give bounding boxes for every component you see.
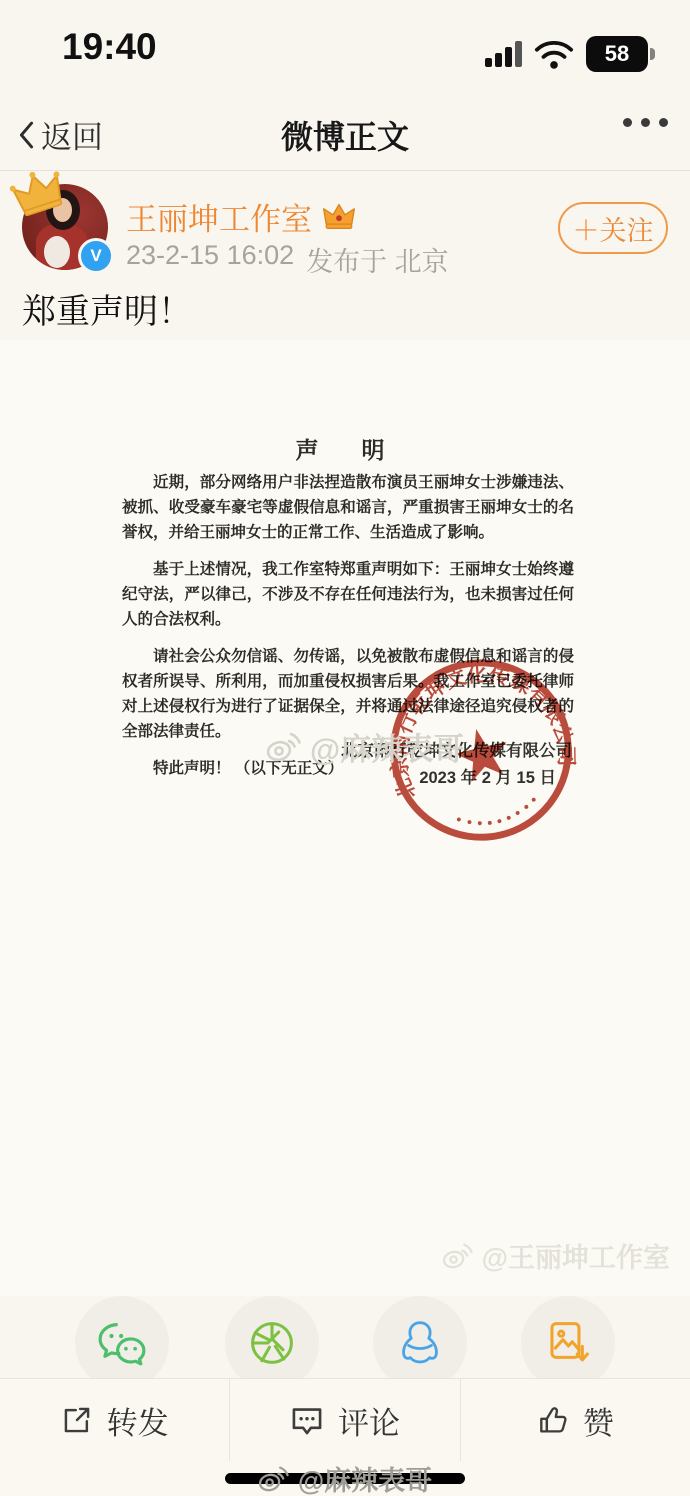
wechat-moments-icon xyxy=(245,1316,299,1370)
weibo-post-screen: 19:40 58 返回 微博正文 V 王丽坤工作室 xyxy=(0,0,690,1496)
save-image-button[interactable] xyxy=(521,1296,615,1378)
wechat-icon xyxy=(94,1315,150,1371)
nav-bar: 返回 微博正文 xyxy=(0,100,690,171)
repost-label: 转发 xyxy=(107,1398,169,1443)
post-timestamp: 23-2-15 16:02 xyxy=(126,240,294,279)
qq-icon xyxy=(394,1317,446,1369)
post-text: 郑重声明！ xyxy=(22,284,192,333)
share-qq-button[interactable] xyxy=(373,1296,467,1378)
post-meta: 23-2-15 16:02 发布于 北京 xyxy=(126,240,449,279)
vip-crown-icon xyxy=(322,202,356,231)
wifi-icon xyxy=(534,40,574,69)
statement-paragraph: 近期，部分网络用户非法捏造散布演员王丽坤女士涉嫌违法、被抓、收受豪车豪宅等虚假信… xyxy=(122,470,574,545)
battery-percent: 58 xyxy=(605,41,629,67)
follow-button[interactable]: ＋关注 xyxy=(558,202,668,254)
repost-icon xyxy=(61,1404,93,1436)
share-moments-button[interactable] xyxy=(225,1296,319,1378)
watermark-footer: @麻辣表哥 xyxy=(0,1459,690,1496)
comment-icon xyxy=(290,1403,324,1437)
weibo-logo-icon xyxy=(266,731,302,763)
statement-paragraph: 基于上述情况，我工作室特郑重声明如下：王丽坤女士始终遵纪守法，严以律己，不涉及不… xyxy=(122,557,574,632)
like-label: 赞 xyxy=(583,1398,614,1443)
page-title: 微博正文 xyxy=(0,112,690,158)
comment-button[interactable]: 评论 xyxy=(229,1379,459,1461)
like-icon xyxy=(537,1404,569,1436)
author-name[interactable]: 王丽坤工作室 xyxy=(126,194,312,239)
watermark-mid-text: @麻辣表哥 xyxy=(310,724,464,769)
post-location: 发布于 北京 xyxy=(306,240,449,279)
share-row xyxy=(0,1294,690,1378)
statement-title: 声 明 xyxy=(0,432,690,465)
statement-image[interactable]: 声 明 近期，部分网络用户非法捏造散布演员王丽坤女士涉嫌违法、被抓、收受豪车豪宅… xyxy=(0,340,690,1296)
action-bar: 转发 评论 赞 @麻辣表哥 xyxy=(0,1378,690,1496)
battery-icon: 58 xyxy=(586,36,648,72)
watermark-mid: @麻辣表哥 xyxy=(266,724,464,769)
share-wechat-button[interactable] xyxy=(75,1296,169,1378)
cellular-signal-icon xyxy=(485,41,522,67)
clock: 19:40 xyxy=(62,26,157,68)
post-header: V 王丽坤工作室 23-2-15 16:02 发布于 北京 ＋关注 xyxy=(0,180,690,284)
more-options-button[interactable] xyxy=(623,118,668,127)
like-button[interactable]: 赞 xyxy=(460,1379,690,1461)
status-bar: 19:40 58 xyxy=(0,0,690,100)
watermark-bottom-right-text: @王丽坤工作室 xyxy=(482,1236,670,1275)
watermark-bottom-right: @王丽坤工作室 xyxy=(442,1236,670,1275)
weibo-logo-icon xyxy=(258,1465,290,1493)
weibo-logo-icon xyxy=(442,1242,474,1270)
repost-button[interactable]: 转发 xyxy=(0,1379,229,1461)
save-image-icon xyxy=(541,1316,595,1370)
verified-badge: V xyxy=(78,238,114,274)
comment-label: 评论 xyxy=(338,1398,400,1443)
watermark-footer-text: @麻辣表哥 xyxy=(298,1459,432,1496)
